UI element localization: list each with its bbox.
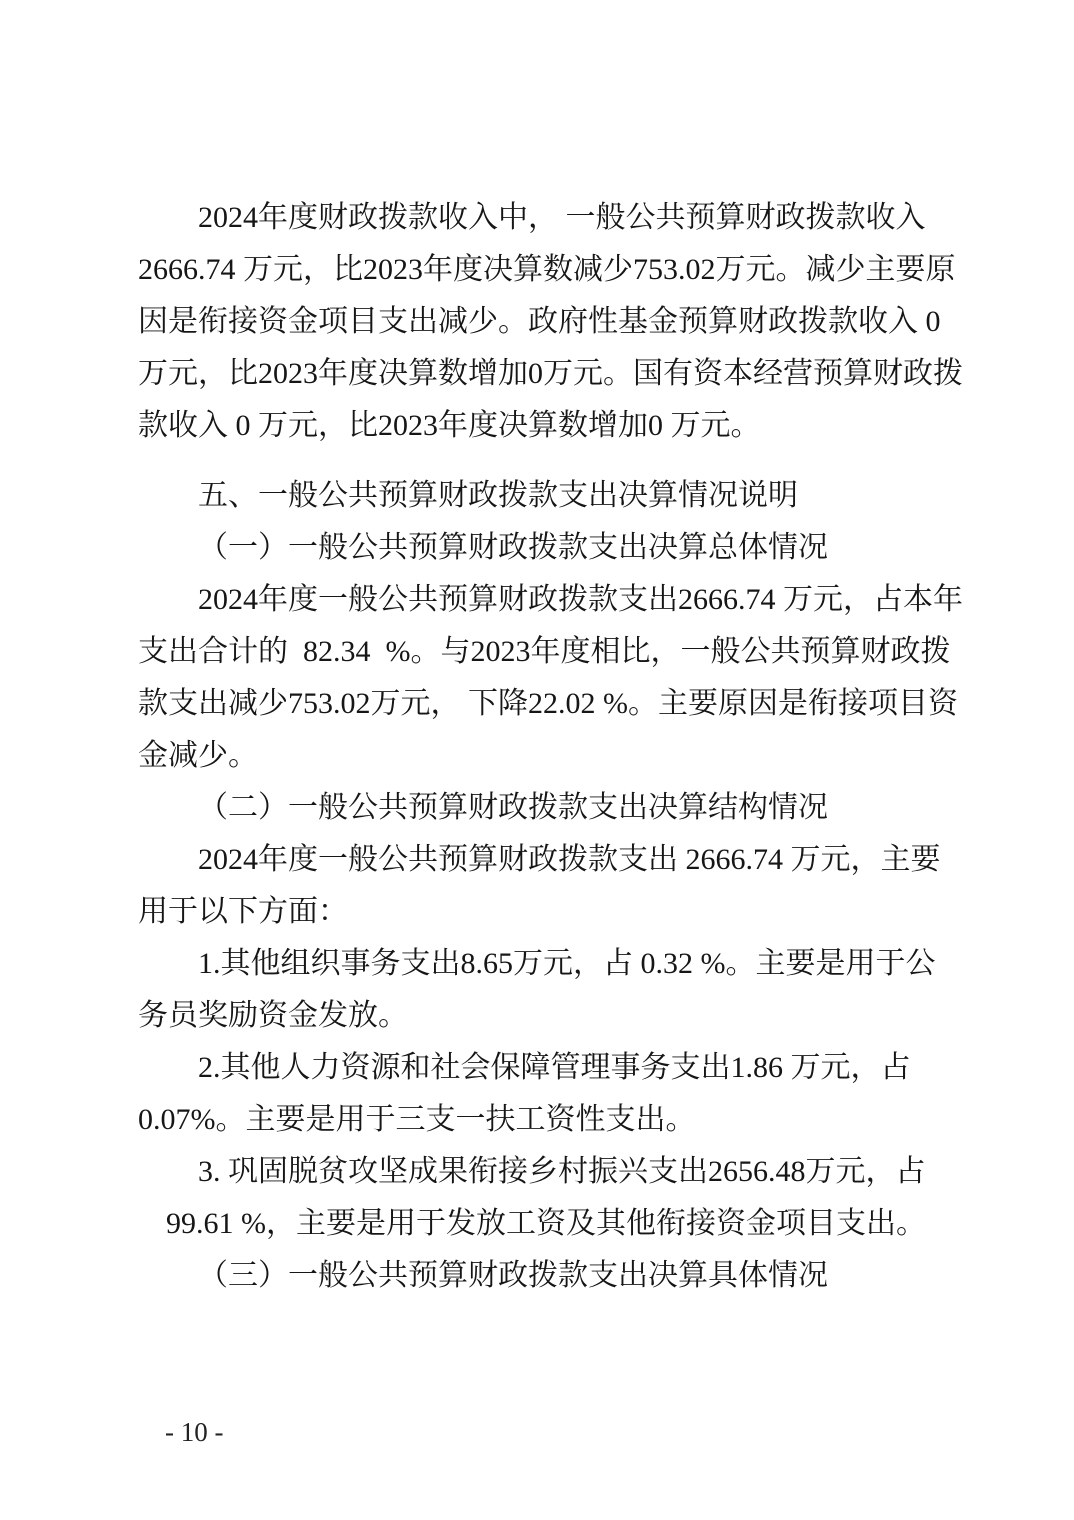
text-line: 2666.74 万元，比2023年度决算数减少753.02万元。减少主要原 — [138, 244, 938, 296]
text-line: 支出合计的 82.34 %。与2023年度相比，一般公共预算财政拨 — [138, 626, 938, 678]
list-item-line: 3. 巩固脱贫攻坚成果衔接乡村振兴支出2656.48万元，占 — [138, 1146, 938, 1198]
page-number: - 10 - — [165, 1417, 223, 1447]
paragraph-structure-intro: 2024年度一般公共预算财政拨款支出 2666.74 万元，主要 用于以下方面： — [138, 834, 938, 938]
list-item-line: 1.其他组织事务支出8.65万元，占 0.32 %。主要是用于公 — [138, 938, 938, 990]
text-line: 用于以下方面： — [138, 886, 938, 938]
list-item-line: 99.61 %，主要是用于发放工资及其他衔接资金项目支出。 — [138, 1198, 938, 1250]
text-line: 2024年度一般公共预算财政拨款支出 2666.74 万元，主要 — [138, 834, 938, 886]
paragraph-overall-expenditure: 2024年度一般公共预算财政拨款支出2666.74 万元，占本年 支出合计的 8… — [138, 574, 938, 782]
subheading-three: （三）一般公共预算财政拨款支出决算具体情况 — [138, 1250, 938, 1302]
subsection-heading: （三）一般公共预算财政拨款支出决算具体情况 — [138, 1250, 938, 1302]
text-line: 款收入 0 万元，比2023年度决算数增加0 万元。 — [138, 400, 938, 452]
subsection-heading: （二）一般公共预算财政拨款支出决算结构情况 — [138, 782, 938, 834]
text-line: 2024年度财政拨款收入中， 一般公共预算财政拨款收入 — [138, 192, 938, 244]
item-1-other-organizational-affairs: 1.其他组织事务支出8.65万元，占 0.32 %。主要是用于公 务员奖励资金发… — [138, 938, 938, 1042]
text-line: 万元，比2023年度决算数增加0万元。国有资本经营预算财政拨 — [138, 348, 938, 400]
text-line: 款支出减少753.02万元， 下降22.02 %。主要原因是衔接项目资 — [138, 678, 938, 730]
list-item-line: 0.07%。主要是用于三支一扶工资性支出。 — [138, 1094, 938, 1146]
section-heading: 五、一般公共预算财政拨款支出决算情况说明 — [138, 470, 938, 522]
document-body: 2024年度财政拨款收入中， 一般公共预算财政拨款收入 2666.74 万元，比… — [138, 192, 938, 1302]
paragraph-fiscal-appropriation-income: 2024年度财政拨款收入中， 一般公共预算财政拨款收入 2666.74 万元，比… — [138, 192, 938, 452]
heading-section-five: 五、一般公共预算财政拨款支出决算情况说明 — [138, 470, 938, 522]
item-3-rural-revitalization: 3. 巩固脱贫攻坚成果衔接乡村振兴支出2656.48万元，占 99.61 %，主… — [138, 1146, 938, 1250]
list-item-line: 务员奖励资金发放。 — [138, 990, 938, 1042]
text-line: 2024年度一般公共预算财政拨款支出2666.74 万元，占本年 — [138, 574, 938, 626]
text-line: 金减少。 — [138, 730, 938, 782]
text-line: 因是衔接资金项目支出减少。政府性基金预算财政拨款收入 0 — [138, 296, 938, 348]
subsection-heading: （一）一般公共预算财政拨款支出决算总体情况 — [138, 522, 938, 574]
subheading-two: （二）一般公共预算财政拨款支出决算结构情况 — [138, 782, 938, 834]
subheading-one: （一）一般公共预算财政拨款支出决算总体情况 — [138, 522, 938, 574]
page-footer: - 10 - — [138, 1384, 223, 1480]
list-item-line: 2.其他人力资源和社会保障管理事务支出1.86 万元，占 — [138, 1042, 938, 1094]
item-2-hr-social-security: 2.其他人力资源和社会保障管理事务支出1.86 万元，占 0.07%。主要是用于… — [138, 1042, 938, 1146]
